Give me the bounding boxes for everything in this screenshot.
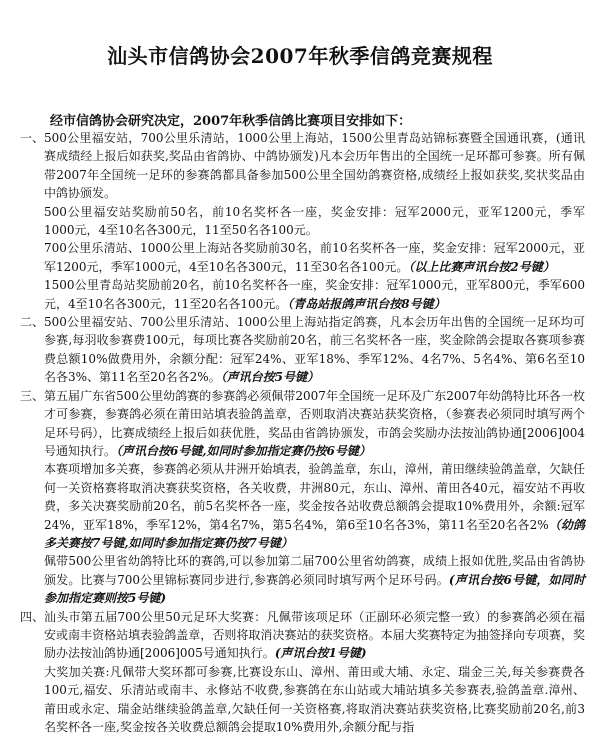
hotline-note: （青岛站报鸽声讯台按8号键） bbox=[287, 297, 445, 311]
hotline-note: （声讯台按6号键,如同时参加指定赛仍按6号键） bbox=[116, 444, 371, 458]
hotline-note: （以上比赛声讯台按2号键） bbox=[408, 260, 554, 274]
paragraph: 佩带500公里省幼鸽特比环的赛鸽,可以参加第二届700公里省幼鸽赛，成绩上报如优… bbox=[44, 552, 585, 607]
section-2: 二、 500公里福安站、700公里乐清站、1000公里上海站指定鸽赛，凡本会历年… bbox=[20, 313, 585, 387]
paragraph: 500公里福安站、700公里乐清站、1000公里上海站指定鸽赛，凡本会历年出售的… bbox=[44, 313, 585, 387]
paragraph: 汕头市第五届700公里50元足环大奖赛：凡佩带该项足环（正副环必须完整一致）的参… bbox=[44, 608, 585, 663]
paragraph: 大奖加关赛:凡佩带大奖环都可参赛,比赛设东山、漳州、莆田或大埔、永定、瑞金三关,… bbox=[44, 663, 585, 737]
hotline-note: (声讯台按1号键) bbox=[275, 646, 367, 660]
section-number: 一、 bbox=[20, 129, 44, 147]
section-3: 三、 第五届广东省500公里幼鸽赛的参赛鸽必须佩带2007年全国统一足环及广东2… bbox=[20, 387, 585, 608]
hotline-note: （声讯台按5号键） bbox=[221, 370, 319, 384]
document-title: 汕头市信鸽协会2007年秋季信鸽竞赛规程 bbox=[0, 40, 600, 69]
paragraph: 500公里福安站奖励前50名，前10名奖杯各一座，奖金安排：冠军2000元，亚军… bbox=[44, 203, 585, 240]
document-page: 汕头市信鸽协会2007年秋季信鸽竞赛规程 经市信鸽协会研究决定，2007年秋季信… bbox=[0, 0, 600, 744]
section-number: 三、 bbox=[20, 387, 44, 405]
paragraph: 500公里福安站，700公里乐清站，1000公里上海站，1500公里青岛站锦标赛… bbox=[44, 129, 585, 203]
sections: 一、 500公里福安站，700公里乐清站，1000公里上海站，1500公里青岛站… bbox=[20, 129, 585, 736]
paragraph: 1500公里青岛站奖励前20名，前10名奖杯各一座，奖金安排：冠军1000元，亚… bbox=[44, 276, 585, 313]
intro-line: 经市信鸽协会研究决定，2007年秋季信鸽比赛项目安排如下： bbox=[50, 110, 411, 129]
section-number: 二、 bbox=[20, 313, 44, 331]
section-4: 四、 汕头市第五届700公里50元足环大奖赛：凡佩带该项足环（正副环必须完整一致… bbox=[20, 608, 585, 737]
paragraph: 本赛项增加多关赛，参赛鸽必须从井洲开始填表，验鸽盖章，东山，漳州，莆田继续验鸽盖… bbox=[44, 460, 585, 552]
section-1: 一、 500公里福安站，700公里乐清站，1000公里上海站，1500公里青岛站… bbox=[20, 129, 585, 313]
section-number: 四、 bbox=[20, 608, 44, 626]
paragraph: 第五届广东省500公里幼鸽赛的参赛鸽必须佩带2007年全国统一足环及广东2007… bbox=[44, 387, 585, 461]
paragraph: 700公里乐清站、1000公里上海站各奖励前30名，前10名奖杯各一座，奖金安排… bbox=[44, 239, 585, 276]
